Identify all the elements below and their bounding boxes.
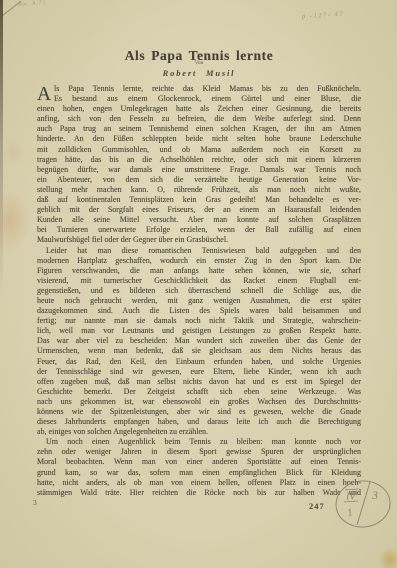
text-line: ein Abenteuer, von dem sich die verzärte… <box>37 175 361 185</box>
text-line: ls Papa Tennis lernte, reichte das Kleid… <box>54 84 361 94</box>
corner-stain <box>379 547 397 568</box>
paper-stain <box>0 190 30 252</box>
text-line: Es bestand aus einem Glockenrock, einem … <box>54 94 361 104</box>
text-line: einen hohen, engen Umlegekragen hatte al… <box>37 104 361 114</box>
footer-signature-mark: 3 <box>33 498 37 507</box>
text-line: daß auf kontinentalen Tennisplätzen kein… <box>37 195 361 205</box>
text-line: modernen Hartplatz geschaffen, wodurch e… <box>37 256 361 266</box>
paragraph: Um noch einen Augenblick beim Tennis zu … <box>37 437 361 498</box>
pencil-note-top-right: p -127- 47 <box>302 11 344 21</box>
page-number: 247 <box>309 501 325 511</box>
text-line: Um noch einen Augenblick beim Tennis zu … <box>37 437 361 447</box>
paragraph: Leider hat man diese romantischen Tennis… <box>37 246 361 438</box>
text-line: bei Turnieren unerwartete Erfolge erziel… <box>37 225 361 235</box>
text-line: offen zugeben muß, daß man selbst nichts… <box>37 377 361 387</box>
text-line: Geschichte bemerkt. Der Zeitgeist schaff… <box>37 387 361 397</box>
text-line: dazugekommen sind. Auch die Listen des S… <box>37 306 361 316</box>
text-line: Das war aber viel zu bescheiden: Man wun… <box>37 336 361 346</box>
text-line: könnens wie der Spitzenleistungen, aber … <box>37 407 361 417</box>
text-line: fertig; nur nannte man sie damals noch n… <box>37 316 361 326</box>
paragraph: Als Papa Tennis lernte, reichte das Klei… <box>37 84 361 246</box>
pencil-note-top-left: Bw, 4.71 <box>18 0 47 7</box>
text-line: dieses Jahrhunderts empfangen haben, und… <box>37 417 361 427</box>
stamp-right-digit: 3 <box>371 488 378 502</box>
text-line: Leider hat man diese romantischen Tennis… <box>37 246 361 256</box>
scanned-document-page: Bw, 4.71 p -127- 47 Als Papa Tennis lern… <box>0 0 397 568</box>
author-name: Robert Musil <box>37 68 361 78</box>
stamp-slash-line <box>357 482 370 525</box>
text-line: Urmenschen, wenn man bedenkt, daß sie gl… <box>37 346 361 356</box>
text-line: Maulwurfshügel fiel oder der Gegner über… <box>37 235 361 245</box>
text-line: auch Papa trug an seinem Tennishemd eine… <box>37 124 361 134</box>
text-line: gegenstießen, und es bildeten sich überr… <box>37 286 361 296</box>
text-line: lich, weil man vor Leutnants und geistig… <box>37 326 361 336</box>
text-line: der Tennisschläge sind wir gewesen, eure… <box>37 367 361 377</box>
text-line: Moral beobachten. Wenn man von einer and… <box>37 457 361 467</box>
paper-stain-small <box>2 140 24 166</box>
text-line: zehn oder weniger Jahren in diesem Sport… <box>37 447 361 457</box>
text-line: stämmigen Wald träte. Hier reichten die … <box>37 488 361 498</box>
text-line: stellung mehr machen kann. O, rührende F… <box>37 185 361 195</box>
text-line: begnügen dürfte, war damals eine umstrit… <box>37 165 361 175</box>
stamp-lower-digit: 1 <box>346 507 354 520</box>
text-line: ab, einiges von solchen Angelegenheiten … <box>37 427 361 437</box>
text-line: grund kam, so war das, sofern man einen … <box>37 468 361 478</box>
text-line: hatte, nicht anders, als ob man von eine… <box>37 478 361 488</box>
text-line: Kunden alle seine Mittel versucht. Aber … <box>37 215 361 225</box>
text-line: hinderte. An den Füßen schleppten beide … <box>37 134 361 144</box>
body-text: Als Papa Tennis lernte, reichte das Klei… <box>37 84 361 498</box>
text-line: visierend, mit turnerischer Geschicklich… <box>37 276 361 286</box>
text-line: tragen hätte, das bis an die Achselhöhle… <box>37 155 361 165</box>
text-line: Figuren verschwanden, die man anfangs ha… <box>37 266 361 276</box>
text-line: anfing, sich von den Fesseln zu befreien… <box>37 114 361 124</box>
text-line: heute noch gebraucht werden, mit ganz we… <box>37 296 361 306</box>
text-line: mit zolldicken Gummisohlen, und ob Mama … <box>37 145 361 155</box>
byline-prefix: Von <box>37 60 361 66</box>
text-line: geblich mit der Sorgfalt eines Friseurs,… <box>37 205 361 215</box>
stamp-numeral-overline <box>345 489 359 490</box>
text-line: Feuer, das Rad, den Keil, den Einbaum er… <box>37 357 361 367</box>
pencil-stamp: IV 3 1 <box>334 479 392 531</box>
drop-cap: A <box>37 85 51 104</box>
text-line: nach uns gekommen ist, war ebensowohl ei… <box>37 397 361 407</box>
